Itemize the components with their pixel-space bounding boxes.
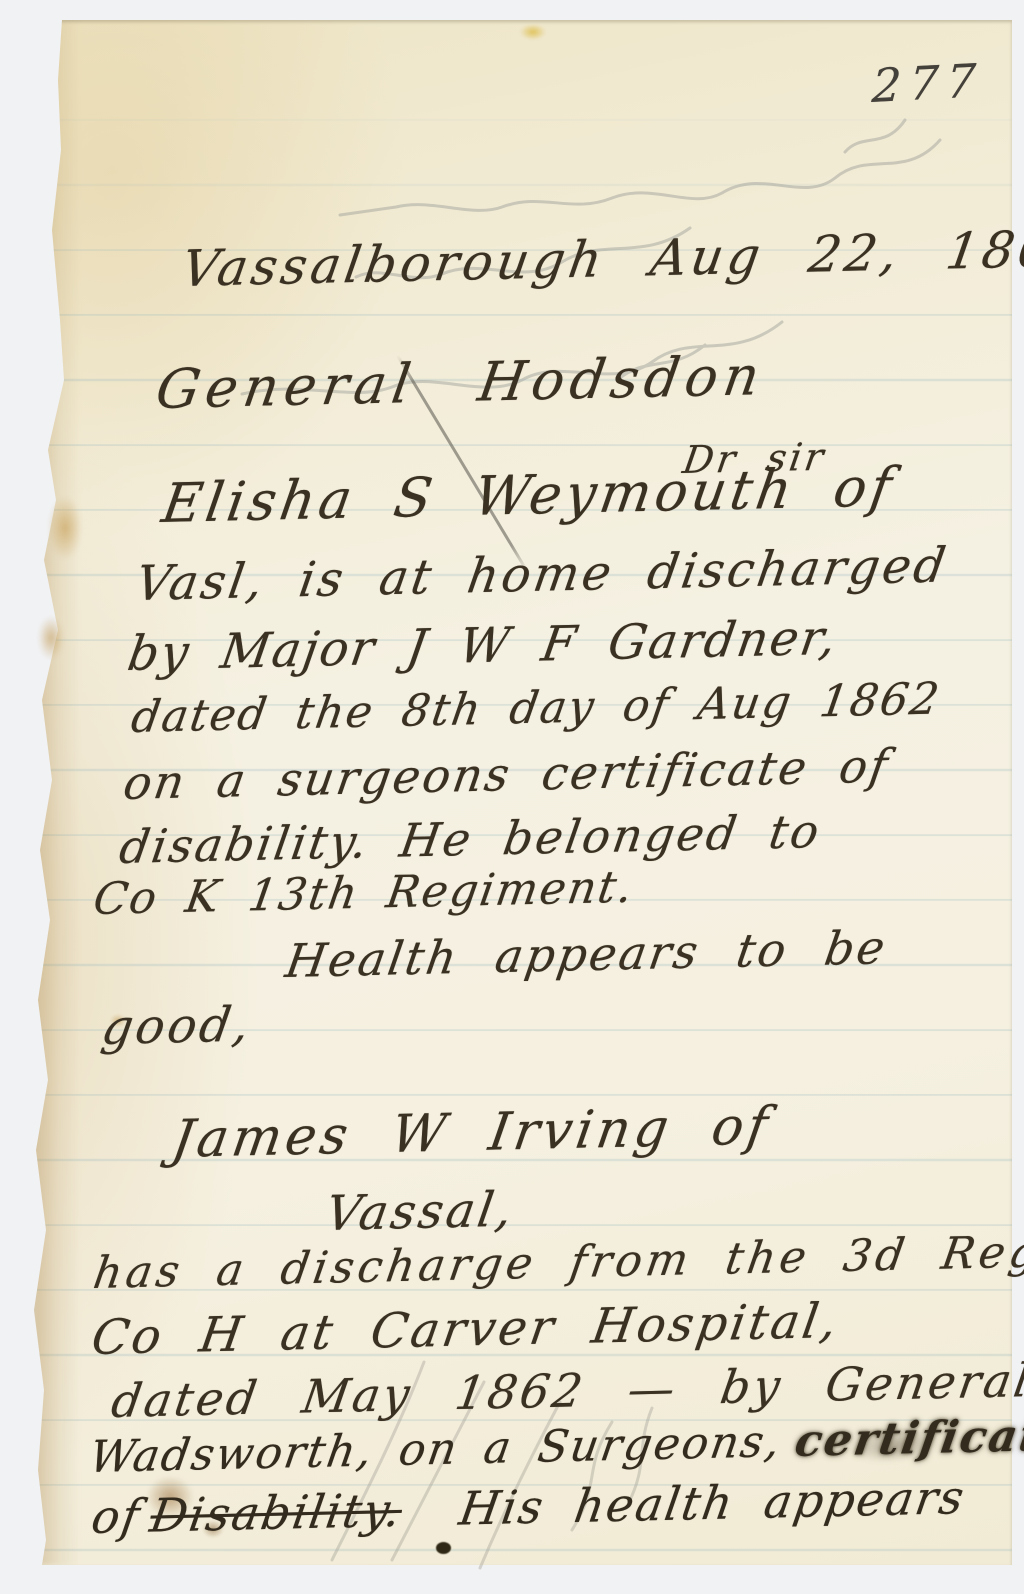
ink-blot <box>436 1542 451 1554</box>
scanned-letter-page: 277 Vassalborough Aug 22, 1862 General H… <box>0 0 1024 1594</box>
body-text: of <box>88 1489 145 1544</box>
page-number: 277 <box>871 53 986 113</box>
body-line: good, <box>98 996 256 1056</box>
overwritten-word: certificate <box>792 1410 1024 1467</box>
torn-edge-shading <box>34 20 80 1565</box>
struck-through-word: Disability. <box>147 1483 406 1543</box>
body-line: Vassal, <box>322 1182 519 1242</box>
